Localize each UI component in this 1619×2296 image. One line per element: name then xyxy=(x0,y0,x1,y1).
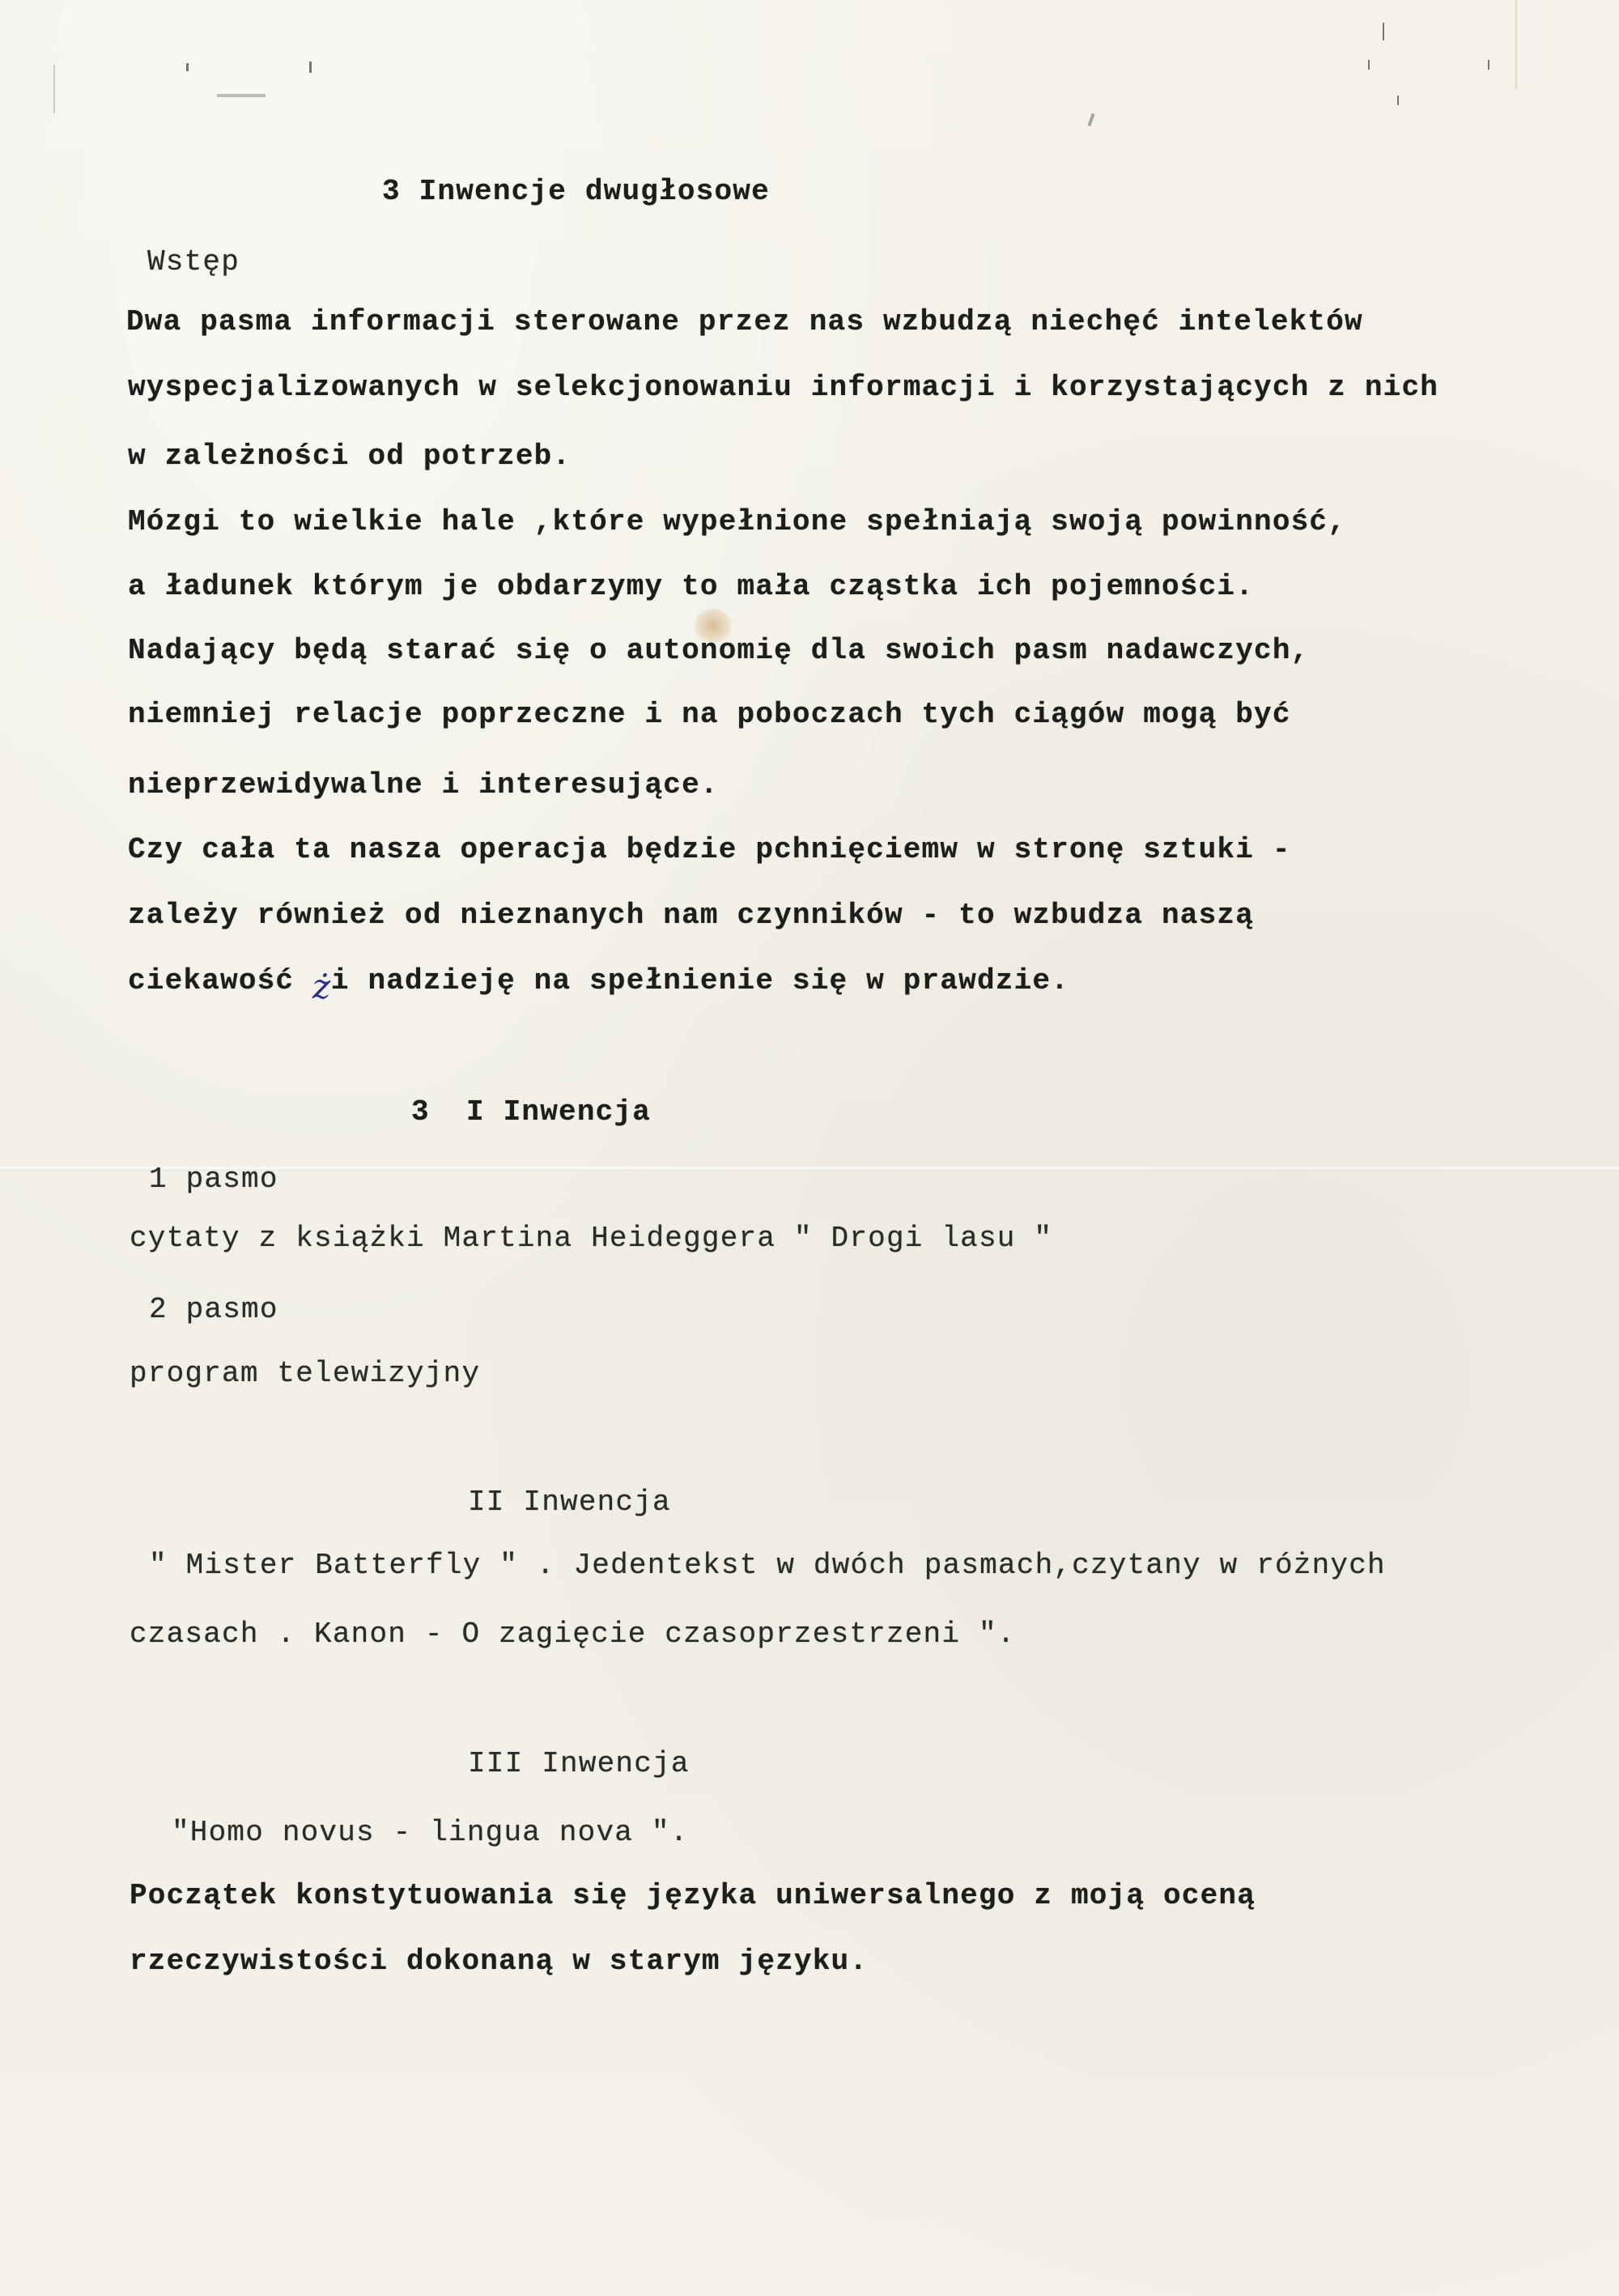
section-3-heading: III Inwencja xyxy=(468,1748,690,1780)
intro-line: Nadający będą starać się o autonomię dla… xyxy=(128,635,1309,667)
section-3-line: rzeczywistości dokonaną w starym języku. xyxy=(130,1945,868,1978)
edge-tick xyxy=(217,94,266,97)
section-2-heading: II Inwencja xyxy=(468,1486,671,1519)
band-1-text: cytaty z książki Martina Heideggera " Dr… xyxy=(130,1222,1052,1255)
intro-line: nieprzewidywalne i interesujące. xyxy=(128,769,719,801)
band-1-label: 1 pasmo xyxy=(149,1163,278,1196)
section-1-marker: 3 xyxy=(411,1096,430,1129)
intro-heading: Wstęp xyxy=(147,246,240,278)
section-1-heading: I Inwencja xyxy=(466,1096,651,1129)
intro-line: w zależności od potrzeb. xyxy=(128,440,571,473)
intro-line: zależy również od nieznanych nam czynnik… xyxy=(128,899,1254,932)
band-2-text: program telewizyjny xyxy=(130,1358,480,1390)
edge-tick xyxy=(1383,23,1384,40)
section-3-line: "Homo novus - lingua nova ". xyxy=(172,1817,689,1849)
edge-tick xyxy=(186,63,189,71)
intro-line: a ładunek którym je obdarzymy to mała cz… xyxy=(128,571,1254,603)
paper-edge-mark xyxy=(1515,0,1517,89)
document-title: 3 Inwencje dwugłosowe xyxy=(382,176,770,208)
edge-tick xyxy=(1397,96,1399,105)
intro-line: niemniej relacje poprzeczne i na pobocza… xyxy=(128,699,1291,731)
paper-edge-mark xyxy=(53,65,55,113)
section-3-line: Początek konstytuowania się języka uniwe… xyxy=(130,1880,1256,1912)
handwritten-correction: ż xyxy=(312,967,330,1006)
intro-line: Czy cała ta nasza operacja będzie pchnię… xyxy=(128,834,1291,866)
intro-line: ciekawość i nadzieję na spełnienie się w… xyxy=(128,965,1069,997)
edge-tick xyxy=(1488,60,1489,70)
section-2-line: czasach . Kanon - O zagięcie czasoprzest… xyxy=(130,1618,1016,1651)
edge-tick xyxy=(309,62,312,73)
intro-line: Dwa pasma informacji sterowane przez nas… xyxy=(126,306,1363,338)
intro-line: wyspecjalizowanych w selekcjonowaniu inf… xyxy=(128,372,1438,404)
edge-tick xyxy=(1087,113,1094,126)
band-2-label: 2 pasmo xyxy=(149,1294,278,1326)
edge-tick xyxy=(1368,60,1370,70)
intro-line: Mózgi to wielkie hale ,które wypełnione … xyxy=(128,506,1346,538)
section-2-line: " Mister Batterfly " . Jedentekst w dwóc… xyxy=(149,1550,1386,1582)
